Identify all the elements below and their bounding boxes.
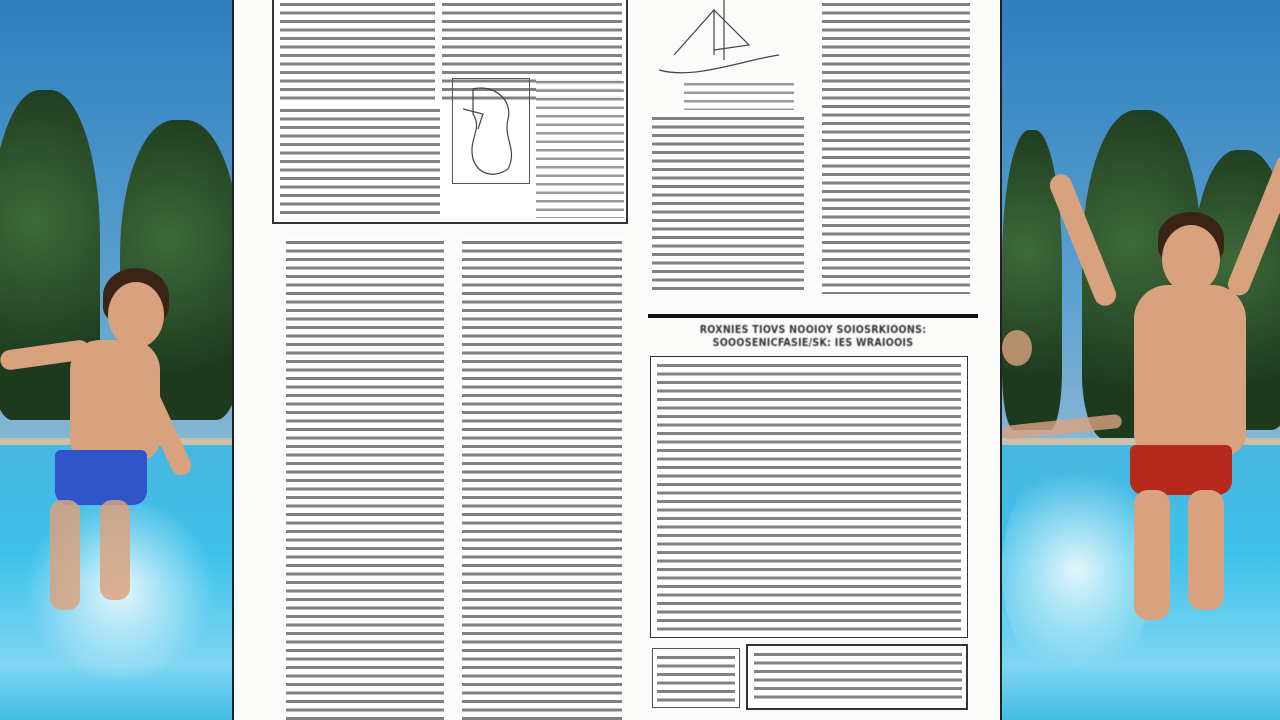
text-column (462, 238, 622, 720)
text-column (652, 114, 804, 294)
map-illustration (452, 78, 530, 184)
section-heading: ROXNIES TIOVS NOOIOY SOIOSRKIOONS: SOOOS… (648, 324, 978, 350)
water-splash (1002, 450, 1152, 690)
left-pool-photo (0, 0, 232, 720)
diagram-figure (652, 648, 740, 708)
text-column (822, 0, 970, 294)
info-box (650, 356, 968, 638)
text-column (286, 238, 444, 720)
section-rule (648, 314, 978, 318)
blue-swim-trunks (55, 450, 147, 505)
tree (1002, 130, 1062, 430)
red-swim-trunks (1130, 445, 1232, 495)
boxed-article (272, 0, 628, 224)
document-page: ROXNIES TIOVS NOOIOY SOIOSRKIOONS: SOOOS… (232, 0, 1002, 720)
ship-sketch (654, 0, 784, 90)
caption-box (746, 644, 968, 710)
right-pool-photo (1002, 0, 1280, 720)
